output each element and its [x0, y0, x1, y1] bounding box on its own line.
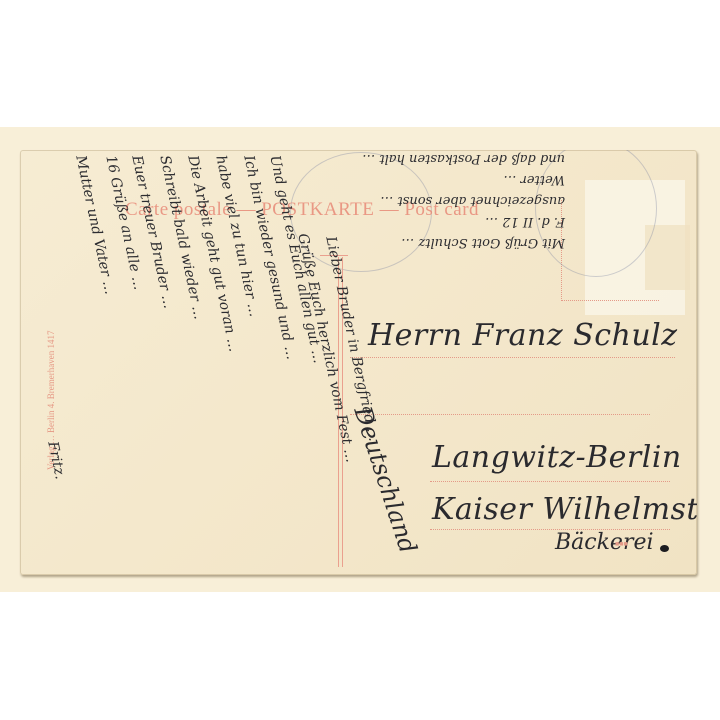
- recipient-country: Deutschland: [348, 403, 422, 557]
- recipient-street: Kaiser Wilhelmstr. 28.: [432, 492, 697, 527]
- message-signature: Fritz.: [44, 440, 68, 481]
- upside-down-line: und daß der Postkasten halt …: [295, 150, 565, 169]
- recipient-city: Langwitz-Berlin: [432, 440, 682, 475]
- upside-down-line: Wetter …: [295, 169, 565, 190]
- upside-down-line: ausgezeichnet aber sonst …: [295, 190, 565, 211]
- ink-blot: [660, 545, 669, 552]
- address-line-2: [350, 414, 650, 415]
- postcard: Carte postale — POSTKARTE — Post card Ve…: [20, 150, 697, 575]
- address-line-1: [350, 357, 675, 358]
- address-line-3: [430, 481, 670, 482]
- recipient-name: Herrn Franz Schulz: [368, 318, 678, 353]
- recipient-business: Bäckerei: [555, 530, 654, 555]
- printed-red-mark: ■■■: [615, 540, 628, 548]
- upside-down-line: F. d. II 12 …: [295, 211, 565, 232]
